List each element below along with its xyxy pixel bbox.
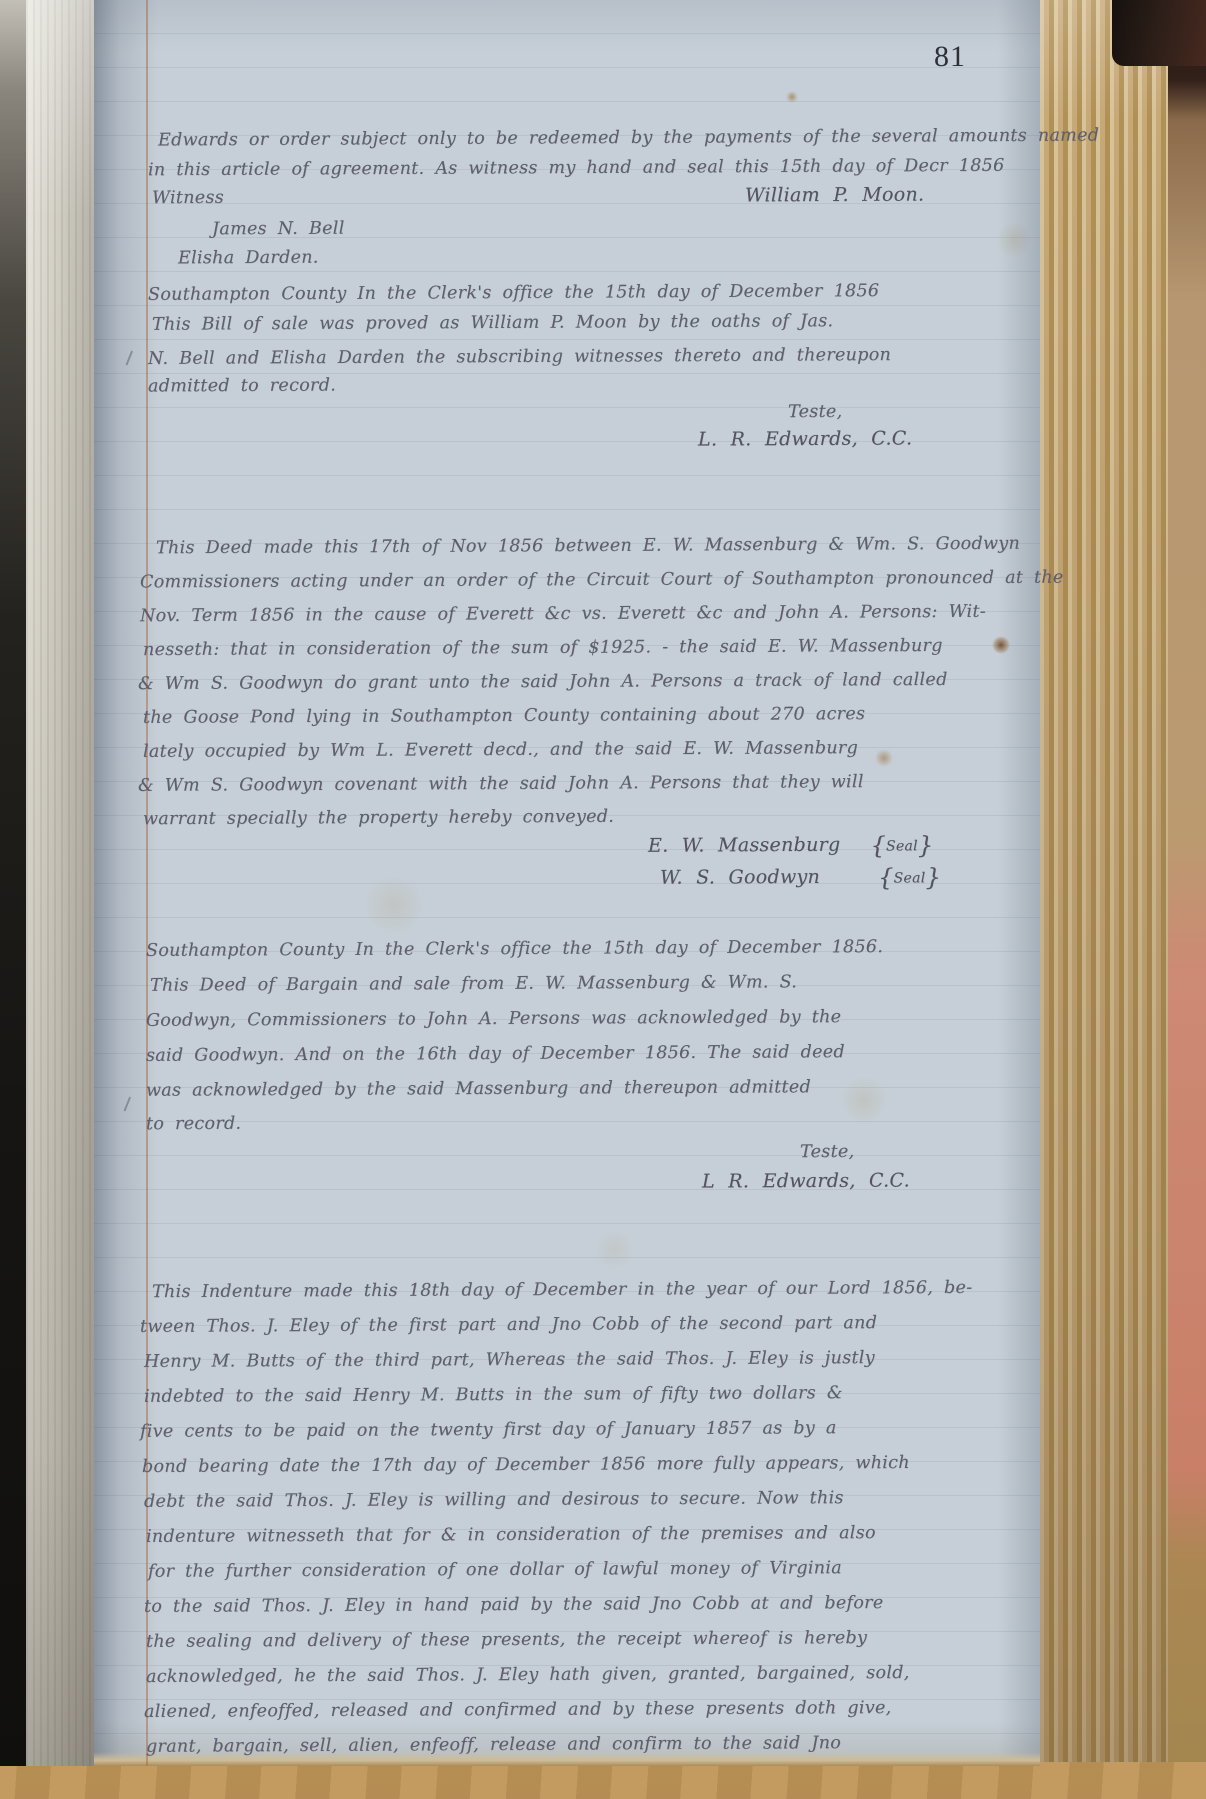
signature-william-p-moon: William P. Moon. [745, 184, 924, 207]
witness-name: James N. Bell [212, 219, 345, 240]
body-line: to the said Thos. J. Eley in hand paid b… [144, 1593, 884, 1617]
body-line: nesseth: that in consideration of the su… [143, 636, 943, 660]
book-spine-gutter [0, 0, 26, 1766]
body-line: indenture witnesseth that for & in consi… [146, 1523, 876, 1547]
body-line: Henry M. Butts of the third part, Wherea… [144, 1348, 875, 1372]
seal-brace-icon: { [878, 864, 894, 892]
book-cover-corner [1112, 0, 1206, 66]
seal-brace-icon: } [925, 863, 941, 891]
teste-label: Teste, [788, 402, 843, 422]
body-line: was acknowledged by the said Massenburg … [146, 1077, 811, 1100]
body-line: debt the said Thos. J. Eley is willing a… [144, 1488, 844, 1512]
body-line: indebted to the said Henry M. Butts in t… [144, 1383, 843, 1407]
page-number: 81 [934, 40, 966, 74]
body-line: tween Thos. J. Eley of the first part an… [140, 1313, 877, 1337]
body-line: acknowledged, he the said Thos. J. Eley … [146, 1663, 910, 1687]
grantor-signature: E. W. Massenburg{Seal} [648, 831, 934, 860]
body-line: five cents to be paid on the twenty firs… [140, 1418, 837, 1442]
seal-mark: {Seal} [878, 863, 941, 891]
clerk-signature: L R. Edwards, C.C. [702, 1169, 910, 1192]
deed-book-photo: { "page_number": "81", "entries": [ { "t… [0, 0, 1206, 1799]
body-line: Southampton County In the Clerk's office… [146, 937, 883, 961]
left-page-edges [26, 0, 94, 1766]
witness-label: Witness [152, 188, 224, 208]
body-line: the sealing and delivery of these presen… [146, 1628, 867, 1652]
teste-label: Teste, [800, 1142, 855, 1162]
body-line: for the further consideration of one dol… [148, 1558, 842, 1582]
body-line: & Wm S. Goodwyn do grant unto the said J… [138, 670, 948, 694]
body-line: This Deed of Bargain and sale from E. W.… [150, 972, 797, 995]
seal-mark: {Seal} [870, 831, 933, 859]
body-line: to record. [146, 1114, 241, 1134]
body-line: & Wm S. Goodwyn covenant with the said J… [138, 772, 864, 796]
signature-name: W. S. Goodwyn [660, 866, 820, 889]
body-line: This Bill of sale was proved as William … [152, 311, 833, 335]
body-line: aliened, enfeoffed, released and confirm… [144, 1698, 892, 1722]
witness-name: Elisha Darden. [178, 248, 319, 269]
body-line: admitted to record. [148, 376, 336, 397]
body-line: Goodwyn, Commissioners to John A. Person… [146, 1007, 841, 1031]
grantor-signature: W. S. Goodwyn{Seal} [660, 863, 941, 892]
clerk-signature: L. R. Edwards, C.C. [698, 427, 912, 450]
body-line: the Goose Pond lying in Southampton Coun… [143, 704, 865, 728]
signature-name: E. W. Massenburg [648, 834, 841, 857]
body-line: lately occupied by Wm L. Everett decd., … [143, 738, 858, 762]
body-line: bond bearing date the 17th day of Decemb… [142, 1453, 910, 1477]
right-page-edges [1040, 0, 1168, 1762]
body-line: N. Bell and Elisha Darden the subscribin… [148, 345, 891, 369]
body-line: Southampton County In the Clerk's office… [148, 281, 879, 305]
seal-brace-icon: { [870, 832, 886, 860]
seal-brace-icon: } [918, 831, 934, 859]
body-line: grant, bargain, sell, alien, enfeoff, re… [146, 1733, 841, 1757]
book-cover-edge [1168, 0, 1206, 1762]
body-line: warrant specially the property hereby co… [143, 807, 614, 829]
body-line: said Goodwyn. And on the 16th day of Dec… [146, 1042, 845, 1066]
